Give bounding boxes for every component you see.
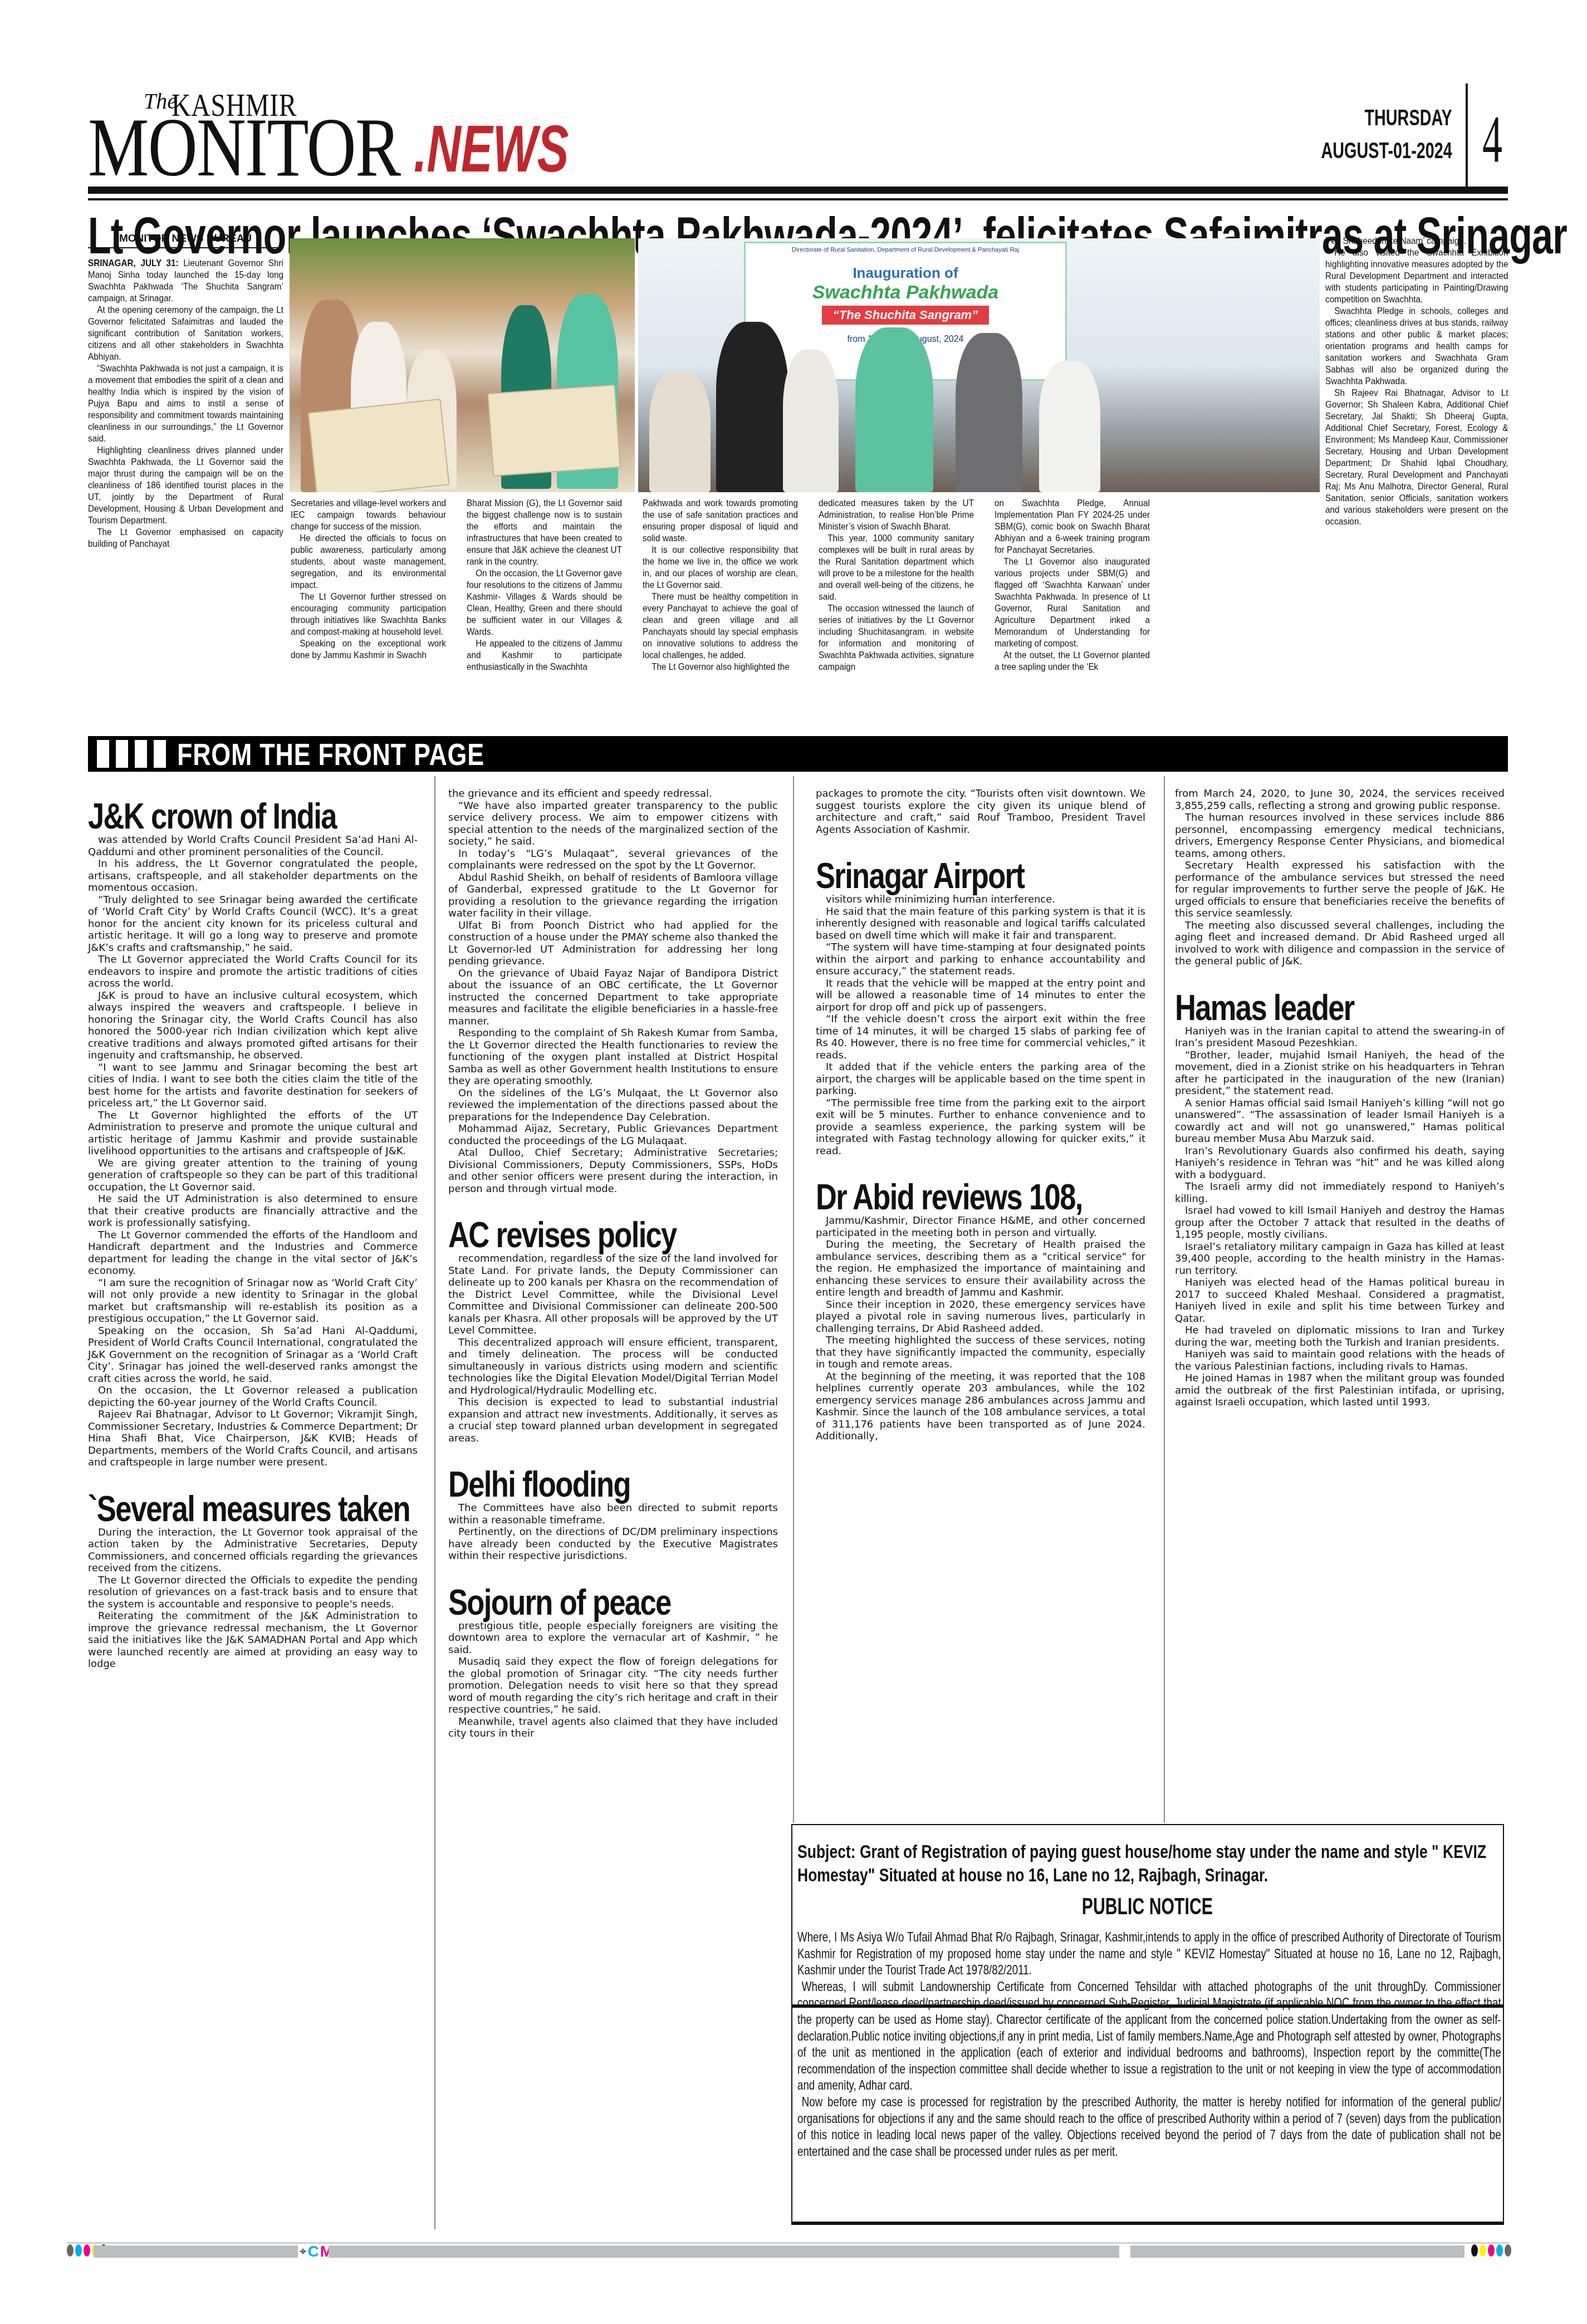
- footer-bar: [1130, 2245, 1464, 2258]
- gray-dot-icon: [67, 2244, 74, 2257]
- lead-col-1: SRINAGAR, JULY 31: Lieutenant Governor S…: [88, 257, 283, 550]
- footer-bar: [329, 2245, 1119, 2258]
- section-title: FROM THE FRONT PAGE: [177, 736, 484, 772]
- brand-monitor: MONITOR: [88, 111, 400, 184]
- magenta-dot-icon: [1488, 2244, 1495, 2257]
- page-number-divider: [1466, 84, 1468, 189]
- story-headline-delhi-flooding: Delhi flooding: [448, 1467, 718, 1502]
- swachh-bharat-sign: [487, 384, 621, 477]
- photo-figure: [783, 350, 839, 492]
- byline: MONITOR NEWS BUREAU: [88, 233, 283, 248]
- column-rule: [434, 776, 435, 2229]
- photo-figure-lg: [855, 327, 933, 492]
- lead-col-6: on Swachhta Pledge, Annual Implementatio…: [995, 497, 1150, 673]
- photo-felicitation: Directorate of Rural Sanitation, Departm…: [638, 238, 1320, 492]
- banner-block-icon: [154, 740, 166, 768]
- column-rule: [793, 776, 794, 1823]
- swachh-bharat-sign: [308, 399, 450, 492]
- photo-figure: [956, 333, 1022, 492]
- masthead: The KASHMIR MONITOR .NEWS THURSDAY AUGUS…: [88, 84, 1502, 192]
- banner-block-icon: [97, 740, 109, 768]
- ftfp-col-1: J&K crown of India was attended by World…: [88, 776, 418, 1670]
- color-registration-dots-right: [1471, 2244, 1511, 2257]
- story-headline-several-measures: `Several measures taken: [88, 1491, 358, 1527]
- cyan-dot-icon: [1496, 2244, 1503, 2257]
- issue-day: THURSDAY: [1321, 106, 1452, 131]
- lead-col-3: Bharat Mission (G), the Lt Governor said…: [467, 497, 622, 673]
- notice-subject: Subject: Grant of Registration of paying…: [797, 1840, 1497, 1887]
- dateline: SRINAGAR, JULY 31:: [88, 258, 179, 268]
- story-headline-hamas-leader: Hamas leader: [1175, 990, 1445, 1026]
- lead-col-2: Secretaries and village-level workers an…: [291, 497, 446, 661]
- lead-col-5: dedicated measures taken by the UT Admin…: [819, 497, 974, 673]
- black-dot-icon: [1471, 2244, 1478, 2257]
- story-headline-ac-revises-policy: AC revises policy: [448, 1217, 718, 1253]
- photo-figure: [649, 372, 711, 492]
- banner-block-icon: [116, 740, 128, 768]
- issue-date-text: AUGUST-01-2024: [1321, 139, 1452, 164]
- story-headline-jk-crown: J&K crown of India: [88, 798, 358, 834]
- gray-dot-icon: [1505, 2244, 1511, 2257]
- story-headline-sojourn-of-peace: Sojourn of peace: [448, 1585, 718, 1620]
- page-number: 4: [1482, 106, 1502, 173]
- footer-bar: [94, 2245, 298, 2258]
- column-rule: [1164, 776, 1165, 1823]
- magenta-dot-icon: [84, 2244, 90, 2257]
- cyan-dot-icon: [75, 2244, 82, 2257]
- photo-figure: [716, 322, 788, 492]
- footer-rule: [67, 2242, 1509, 2244]
- notice-title: PUBLIC NOTICE: [791, 1893, 1503, 1920]
- brand-news-logo: .NEWS: [414, 116, 569, 183]
- yellow-dot-icon: [1480, 2244, 1486, 2257]
- lead-col-4: Pakhwada and work towards promoting the …: [643, 497, 798, 673]
- lead-col-7: Ped Shaheedon ke Naam’ campaign. He also…: [1325, 235, 1508, 527]
- notice-body: Where, I Ms Asiya W/o Tufail Ahmad Bhat …: [797, 1929, 1501, 2160]
- photo-figure: [1039, 361, 1100, 492]
- lead-headline: Lt Governor launches ‘Swachhta Pakhwada-…: [88, 186, 1508, 242]
- banner-block-icon: [135, 740, 147, 768]
- ftfp-col-3: packages to promote the city. “Tourists …: [816, 788, 1145, 1443]
- story-headline-srinagar-airport: Srinagar Airport: [816, 858, 1086, 894]
- ftfp-col-2: the grievance and its efficient and spee…: [448, 788, 778, 1740]
- lead-photo: Directorate of Rural Sanitation, Departm…: [290, 238, 1320, 492]
- crosshair-icon: ⌖: [300, 2244, 306, 2259]
- photo-students-gandhi-signs: [290, 238, 635, 492]
- story-headline-dr-abid-reviews: Dr Abid reviews 108,: [816, 1179, 1086, 1215]
- issue-date: THURSDAY AUGUST-01-2024: [1270, 106, 1452, 164]
- section-banner-from-front-page: FROM THE FRONT PAGE: [88, 736, 1508, 772]
- ftfp-col-4: from March 24, 2020, to June 30, 2024, t…: [1175, 788, 1505, 1409]
